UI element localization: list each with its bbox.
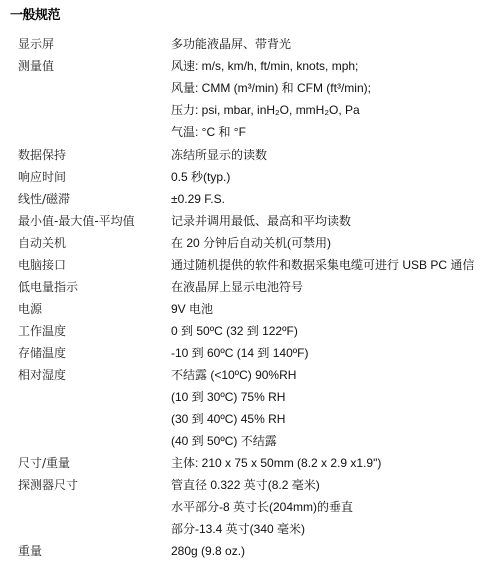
spec-row: 线性/磁滞 ±0.29 F.S.	[0, 188, 500, 210]
spec-value: 0.5 秒(typ.)	[171, 166, 230, 188]
spec-row: (10 到 30ºC) 75% RH	[0, 386, 500, 408]
spec-value: 风速: m/s, km/h, ft/min, knots, mph;	[171, 55, 358, 77]
spec-row: 重量280g (9.8 oz.)	[0, 540, 500, 562]
spec-label: 响应时间	[18, 166, 66, 188]
spec-label: 显示屏	[18, 33, 54, 55]
spec-label: 探测器尺寸	[18, 474, 78, 496]
spec-row: 响应时间0.5 秒(typ.)	[0, 166, 500, 188]
spec-value: 风量: CMM (m³/min) 和 CFM (ft³/min);	[171, 77, 371, 99]
spec-row: 显示屏多功能液晶屏、带背光	[0, 33, 500, 55]
spec-label: 自动关机	[18, 232, 66, 254]
spec-value: 多功能液晶屏、带背光	[171, 33, 291, 55]
spec-row: 测量值风速: m/s, km/h, ft/min, knots, mph;	[0, 55, 500, 77]
spec-value: 管直径 0.322 英寸(8.2 毫米)	[171, 474, 320, 496]
spec-row: 低电量指示 在液晶屏上显示电池符号	[0, 276, 500, 298]
spec-row: 探测器尺寸管直径 0.322 英寸(8.2 毫米)	[0, 474, 500, 496]
spec-row: (40 到 50ºC) 不结露	[0, 430, 500, 452]
spec-label: 存储温度	[18, 342, 66, 364]
spec-value: 9V 电池	[171, 298, 213, 320]
spec-value: 在液晶屏上显示电池符号	[171, 276, 303, 298]
spec-row: 工作温度0 到 50ºC (32 到 122ºF)	[0, 320, 500, 342]
spec-row: 部分-13.4 英寸(340 毫米)	[0, 518, 500, 540]
spec-label: 低电量指示	[18, 276, 78, 298]
spec-label: 最小值-最大值-平均值	[18, 210, 135, 232]
spec-value: 280g (9.8 oz.)	[171, 540, 245, 562]
spec-row: 压力: psi, mbar, inH₂O, mmH₂O, Pa	[0, 99, 500, 121]
spec-row: 数据保持冻结所显示的读数	[0, 144, 500, 166]
spec-value: 0 到 50ºC (32 到 122ºF)	[171, 320, 298, 342]
spec-row: (30 到 40ºC) 45% RH	[0, 408, 500, 430]
spec-label: 测量值	[18, 55, 54, 77]
spec-label: 重量	[18, 540, 42, 562]
spec-label: 尺寸/重量	[18, 452, 70, 474]
spec-value: (40 到 50ºC) 不结露	[171, 430, 277, 452]
spec-row: 尺寸/重量主体: 210 x 75 x 50mm (8.2 x 2.9 x1.9…	[0, 452, 500, 474]
spec-row: 最小值-最大值-平均值记录并调用最低、最高和平均读数	[0, 210, 500, 232]
spec-value: 水平部分-8 英寸长(204mm)的垂直	[171, 496, 353, 518]
spec-value: 气温: °C 和 °F	[171, 121, 246, 143]
spec-value: 通过随机提供的软件和数据采集电缆可进行 USB PC 通信	[171, 254, 474, 276]
spec-value: 记录并调用最低、最高和平均读数	[171, 210, 351, 232]
spec-value: -10 到 60ºC (14 到 140ºF)	[171, 342, 309, 364]
spec-label: 数据保持	[18, 144, 66, 166]
spec-value: (30 到 40ºC) 45% RH	[171, 408, 285, 430]
spec-value: 主体: 210 x 75 x 50mm (8.2 x 2.9 x1.9")	[171, 452, 381, 474]
spec-value: 冻结所显示的读数	[171, 144, 267, 166]
spec-value: 压力: psi, mbar, inH₂O, mmH₂O, Pa	[171, 99, 360, 121]
spec-value: 不结露 (<10ºC) 90%RH	[171, 364, 296, 386]
spec-row: 风量: CMM (m³/min) 和 CFM (ft³/min);	[0, 77, 500, 99]
spec-row: 气温: °C 和 °F	[0, 121, 500, 143]
spec-label: 线性/磁滞	[18, 188, 70, 210]
spec-value: 部分-13.4 英寸(340 毫米)	[171, 518, 305, 540]
spec-value: 在 20 分钟后自动关机(可禁用)	[171, 232, 331, 254]
spec-row: 自动关机在 20 分钟后自动关机(可禁用)	[0, 232, 500, 254]
spec-row: 电源 9V 电池	[0, 298, 500, 320]
section-title: 一般规范	[10, 4, 60, 23]
spec-row: 水平部分-8 英寸长(204mm)的垂直	[0, 496, 500, 518]
spec-label: 相对湿度	[18, 364, 66, 386]
spec-row: 电脑接口通过随机提供的软件和数据采集电缆可进行 USB PC 通信	[0, 254, 500, 276]
spec-label: 电源	[18, 298, 42, 320]
spec-row: 存储温度 -10 到 60ºC (14 到 140ºF)	[0, 342, 500, 364]
spec-label: 电脑接口	[18, 254, 66, 276]
spec-value: ±0.29 F.S.	[171, 188, 225, 210]
spec-row: 相对湿度不结露 (<10ºC) 90%RH	[0, 364, 500, 386]
spec-label: 工作温度	[18, 320, 66, 342]
spec-value: (10 到 30ºC) 75% RH	[171, 386, 285, 408]
